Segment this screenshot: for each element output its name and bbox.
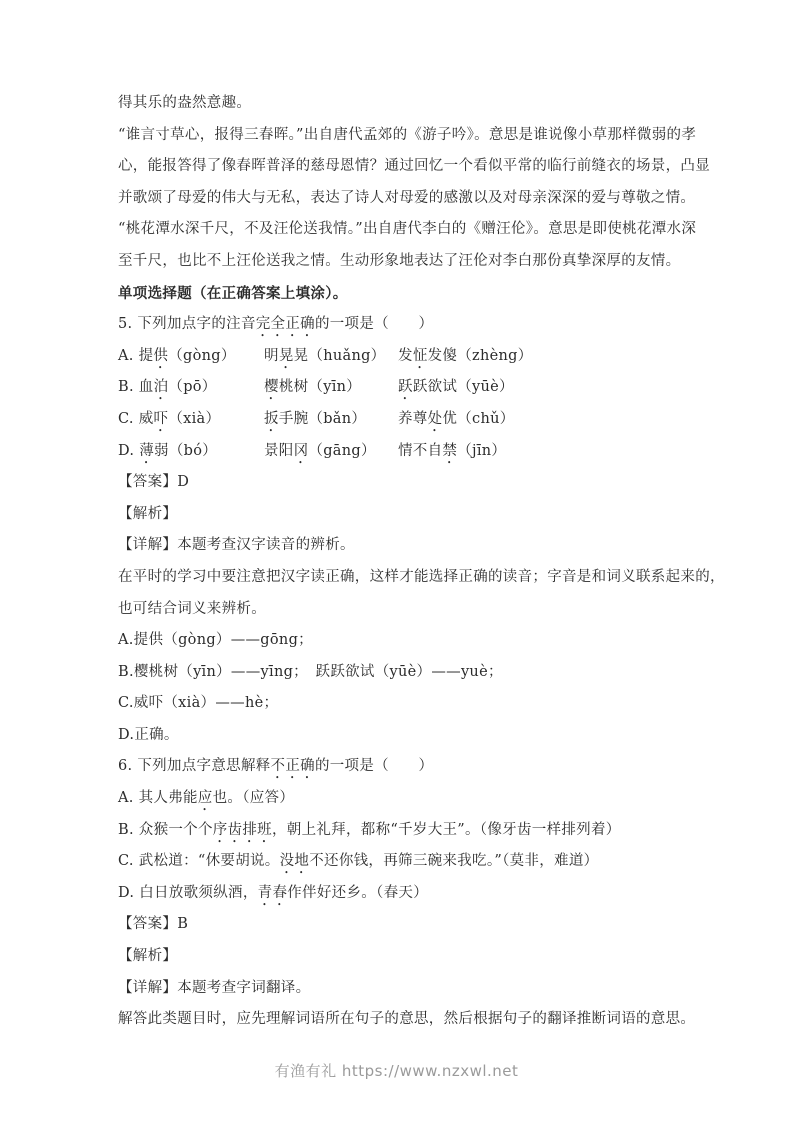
text-segment: （jīn）	[457, 443, 506, 459]
text-segment: 【解析】	[118, 948, 177, 964]
text-segment: D. 白日放歌须纵酒，	[118, 885, 258, 901]
question-6-option-a: A. 其人弗能应也。（应答）	[118, 783, 678, 815]
answer-line-q6: 【答案】B	[118, 909, 678, 941]
paragraph-line: 至千尺，也比不上汪伦送我之情。生动形象地表达了汪伦对李白那份真挚深厚的友情。	[118, 246, 678, 278]
text-segment: （pō）	[168, 379, 216, 395]
option-cell: B. 血泊（pō）	[118, 372, 264, 404]
emphasized-text: 青春	[258, 885, 288, 901]
text-segment: 发	[398, 348, 413, 364]
text-segment: 【详解】本题考查字词翻译。	[118, 980, 310, 996]
text-segment: 不还你钱，再筛三碗来我吃。”（莫非，难道）	[309, 853, 598, 869]
footer-watermark: 有渔有礼 https://www.nzxwl.net	[275, 1062, 519, 1080]
text-segment: A. 其人弗能	[118, 790, 198, 806]
text-segment: 也。（应答）	[213, 790, 295, 806]
option-cell: 发怔发傻（zhèng）	[398, 341, 678, 373]
emphasized-text: 泊	[154, 379, 169, 395]
question-6-option-c: C. 武松道：“休要胡说。没地不还你钱，再筛三碗来我吃。”（莫非，难道）	[118, 846, 678, 878]
text-segment: （gòng）	[168, 348, 235, 364]
text-segment: 桃树（yīn）	[279, 379, 361, 395]
question-5-option-d: D. 薄弱（bó）景阳冈（gāng）情不自禁（jīn）	[118, 436, 678, 468]
text-segment: 得其乐的盎然意趣。	[118, 95, 251, 111]
option-cell: C. 威吓（xià）	[118, 404, 264, 436]
text-segment: “谁言寸草心，报得三春晖。”出自唐代孟郊的《游子吟》。意思是谁说像小草那样微弱的…	[118, 127, 696, 143]
emphasized-text: 序齿排班	[213, 822, 272, 838]
emphasized-text: 怔	[413, 348, 428, 364]
emphasized-text: 吓	[154, 411, 169, 427]
text-segment: D.正确。	[118, 727, 179, 743]
text-segment: C. 威	[118, 411, 154, 427]
emphasized-text: 冈	[294, 443, 309, 459]
option-cell: 景阳冈（gāng）	[264, 436, 398, 468]
text-segment: 的一项是（ ）	[315, 316, 433, 332]
option-cell: 明晃晃（huǎng）	[264, 341, 398, 373]
paragraph-line: “谁言寸草心，报得三春晖。”出自唐代孟郊的《游子吟》。意思是谁说像小草那样微弱的…	[118, 120, 678, 152]
question-6-stem: 6. 下列加点字意思解释不正确的一项是（ ）	[118, 751, 678, 783]
option-cell: 情不自禁（jīn）	[398, 436, 678, 468]
option-cell: 扳手腕（bǎn）	[264, 404, 398, 436]
analysis-label-q5: 【解析】	[118, 499, 678, 531]
text-segment: 景阳	[264, 443, 294, 459]
emphasized-text: 跃	[398, 379, 413, 395]
answer-line-q5: 【答案】D	[118, 467, 678, 499]
paragraph-line: 在平时的学习中要注意把汉字读正确，这样才能选择正确的读音；字音是和词义联系起来的…	[118, 562, 678, 594]
question-5-option-a: A. 提供（gòng）明晃晃（huǎng）发怔发傻（zhèng）	[118, 341, 678, 373]
question-6-option-d: D. 白日放歌须纵酒，青春作伴好还乡。（春天）	[118, 878, 678, 910]
text-segment: 明	[264, 348, 279, 364]
emphasized-text: 樱	[264, 379, 279, 395]
emphasized-text: 禁	[442, 443, 457, 459]
emphasized-text: 没地	[280, 853, 310, 869]
text-segment: 手腕（bǎn）	[279, 411, 366, 427]
question-5-option-b: B. 血泊（pō）樱桃树（yīn）跃跃欲试（yūè）	[118, 372, 678, 404]
paragraph-line: 也可结合词义来辨析。	[118, 594, 678, 626]
option-cell: 跃跃欲试（yūè）	[398, 372, 678, 404]
text-segment: 发傻（zhèng）	[428, 348, 533, 364]
text-segment: C.威吓（xià）——hè；	[118, 695, 278, 711]
text-segment: 的一项是（ ）	[315, 758, 433, 774]
text-segment: 单项选择题（在正确答案上填涂）。	[118, 285, 348, 302]
text-segment: （gāng）	[308, 443, 375, 459]
text-segment: 【解析】	[118, 506, 177, 522]
text-segment: ，朝上礼拜，都称“千岁大王”。（像牙齿一样排列着）	[272, 822, 621, 838]
option-cell: D. 薄弱（bó）	[118, 436, 264, 468]
emphasized-text: 不正确	[271, 758, 315, 774]
paragraph-line: 心，能报答得了像春晖普泽的慈母恩情？通过回忆一个看似平常的临行前缝衣的场景，凸显	[118, 151, 678, 183]
detail-line-q6: 【详解】本题考查字词翻译。	[118, 973, 678, 1005]
text-segment: D.	[118, 443, 139, 459]
text-segment: 【答案】D	[118, 474, 189, 490]
explain-option-d: D.正确。	[118, 720, 678, 752]
text-segment: 在平时的学习中要注意把汉字读正确，这样才能选择正确的读音；字音是和词义联系起来的…	[118, 569, 725, 585]
paragraph-line: 解答此类题目时，应先理解词语所在句子的意思，然后根据句子的翻译推断词语的意思。	[118, 1004, 678, 1036]
text-segment: 解答此类题目时，应先理解词语所在句子的意思，然后根据句子的翻译推断词语的意思。	[118, 1011, 695, 1027]
option-cell: 养尊处优（chǔ）	[398, 404, 678, 436]
paragraph-line: 得其乐的盎然意趣。	[118, 88, 678, 120]
text-segment: （xià）	[168, 411, 220, 427]
text-segment: 晃（huǎng）	[294, 348, 386, 364]
emphasized-text: 薄	[139, 443, 154, 459]
text-segment: 至千尺，也比不上汪伦送我之情。生动形象地表达了汪伦对李白那份真挚深厚的友情。	[118, 253, 680, 269]
emphasized-text: 处	[428, 411, 443, 427]
analysis-label-q6: 【解析】	[118, 941, 678, 973]
emphasized-text: 应	[198, 790, 213, 806]
text-segment: 作伴好还乡。（春天）	[287, 885, 428, 901]
text-segment: B.樱桃树（yīn）——yīng； 跃跃欲试（yūè）——yuè；	[118, 664, 503, 680]
text-segment: 弱（bó）	[154, 443, 217, 459]
explain-option-b: B.樱桃树（yīn）——yīng； 跃跃欲试（yūè）——yuè；	[118, 657, 678, 689]
option-cell: A. 提供（gòng）	[118, 341, 264, 373]
text-segment: C. 武松道：“休要胡说。	[118, 853, 280, 869]
emphasized-text: 供	[153, 348, 168, 364]
text-segment: “桃花潭水深千尺，不及汪伦送我情。”出自唐代李白的《赠汪伦》。意思是即使桃花潭水…	[118, 221, 696, 237]
emphasized-text: 扳	[264, 411, 279, 427]
question-5-stem: 5. 下列加点字的注音完全正确的一项是（ ）	[118, 309, 678, 341]
explain-option-c: C.威吓（xià）——hè；	[118, 688, 678, 720]
question-6-option-b: B. 众猴一个个序齿排班，朝上礼拜，都称“千岁大王”。（像牙齿一样排列着）	[118, 815, 678, 847]
text-segment: 5. 下列加点字的注音	[118, 316, 256, 332]
text-segment: B. 血	[118, 379, 154, 395]
text-segment: A. 提	[118, 348, 153, 364]
text-segment: 【详解】本题考查汉字读音的辨析。	[118, 537, 355, 553]
emphasized-text: 完全正确	[256, 316, 315, 332]
text-segment: B. 众猴一个个	[118, 822, 213, 838]
paragraph-line: “桃花潭水深千尺，不及汪伦送我情。”出自唐代李白的《赠汪伦》。意思是即使桃花潭水…	[118, 214, 678, 246]
text-segment: 心，能报答得了像春晖普泽的慈母恩情？通过回忆一个看似平常的临行前缝衣的场景，凸显	[118, 158, 710, 174]
emphasized-text: 晃	[279, 348, 294, 364]
text-segment: 6. 下列加点字意思解释	[118, 758, 271, 774]
text-segment: 【答案】B	[118, 916, 188, 932]
option-cell: 樱桃树（yīn）	[264, 372, 398, 404]
text-segment: 优（chǔ）	[442, 411, 514, 427]
paragraph-line: 并歌颂了母爱的伟大与无私，表达了诗人对母爱的感激以及对母亲深深的爱与尊敬之情。	[118, 183, 678, 215]
explain-option-a: A.提供（gòng）——gōng；	[118, 625, 678, 657]
detail-line-q5: 【详解】本题考查汉字读音的辨析。	[118, 530, 678, 562]
text-segment: 并歌颂了母爱的伟大与无私，表达了诗人对母爱的感激以及对母亲深深的爱与尊敬之情。	[118, 190, 695, 206]
text-segment: 跃欲试（yūè）	[413, 379, 514, 395]
text-segment: A.提供（gòng）——gōng；	[118, 632, 313, 648]
text-segment: 情不自	[398, 443, 442, 459]
document-page: 得其乐的盎然意趣。“谁言寸草心，报得三春晖。”出自唐代孟郊的《游子吟》。意思是谁…	[0, 0, 793, 1122]
text-segment: 也可结合词义来辨析。	[118, 601, 266, 617]
page-footer: 有渔有礼 https://www.nzxwl.net	[0, 1060, 793, 1081]
document-body: 得其乐的盎然意趣。“谁言寸草心，报得三春晖。”出自唐代孟郊的《游子吟》。意思是谁…	[118, 88, 678, 1036]
question-5-option-c: C. 威吓（xià）扳手腕（bǎn）养尊处优（chǔ）	[118, 404, 678, 436]
text-segment: 养尊	[398, 411, 428, 427]
section-header: 单项选择题（在正确答案上填涂）。	[118, 278, 678, 310]
